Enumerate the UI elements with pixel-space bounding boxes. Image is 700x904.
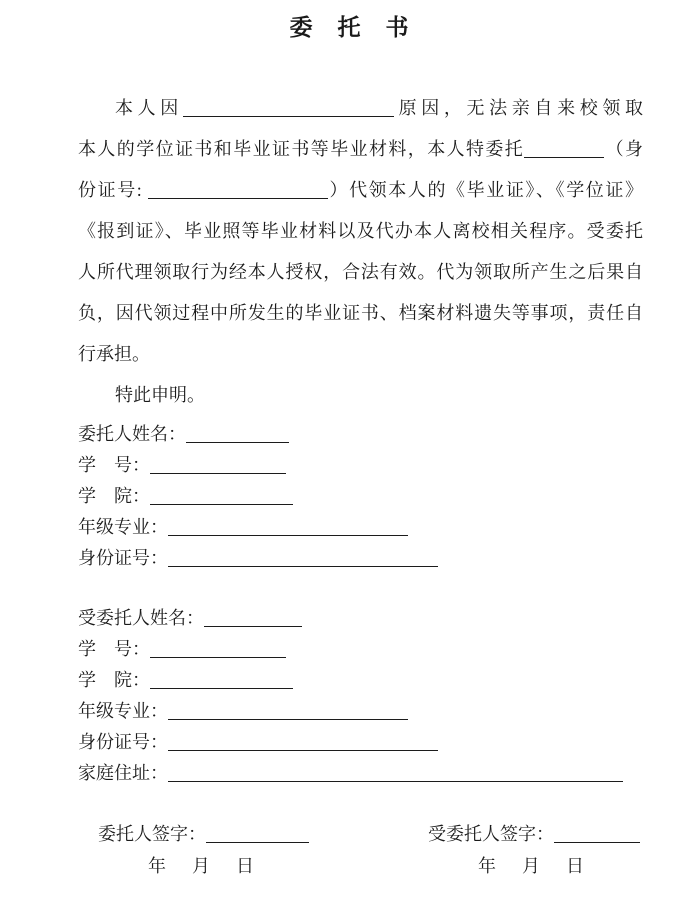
body-line: 人所代理领取行为经本人授权，合法有效。代为领取所产生之后果自	[78, 252, 643, 293]
agent-signature-line: 受委托人签字：	[428, 821, 638, 847]
blank-underline	[183, 103, 394, 117]
body-text-segment: 本人因	[115, 98, 183, 118]
body-line: 份证号: ）代领本人的《毕业证》、《学位证》	[78, 170, 643, 211]
blank-underline	[168, 768, 623, 782]
signature-section: 委托人签字： 年 月 日 受委托人签字： 年 月 日	[78, 821, 643, 879]
body-text-segment: 原因，无法亲自来校领取	[394, 98, 643, 118]
form-field-row: 学 号：	[78, 450, 643, 481]
form-field-row: 学 号：	[78, 634, 643, 665]
form-field-row: 委托人姓名：	[78, 419, 643, 450]
blank-underline	[168, 553, 438, 567]
blank-underline	[148, 185, 328, 199]
body-text-segment: 特此申明。	[115, 385, 205, 405]
form-field-row: 年级专业：	[78, 696, 643, 727]
field-label: 学 院：	[78, 665, 150, 696]
document-title: 委 托 书	[56, 0, 643, 44]
body-text-segment: 本人的学位证书和毕业证书等毕业材料，本人特委托	[78, 139, 524, 159]
body-line: 《报到证》、毕业照等毕业材料以及代办本人离校相关程序。受委托	[78, 211, 643, 252]
blank-underline	[524, 144, 604, 158]
blank-underline	[150, 460, 286, 474]
body-line: 本人的学位证书和毕业证书等毕业材料，本人特委托（身	[78, 129, 643, 170]
form-field-row: 学 院：	[78, 481, 643, 512]
body-text-segment: 人所代理领取行为经本人授权，合法有效。代为领取所产生之后果自	[78, 262, 643, 282]
body-line: 特此申明。	[78, 375, 643, 416]
field-label: 年级专业：	[78, 512, 168, 543]
body-text-segment: ）代领本人的《毕业证》、《学位证》	[328, 180, 643, 200]
field-label: 学 院：	[78, 481, 150, 512]
form-field-row: 受委托人姓名：	[78, 603, 643, 634]
field-label: 学 号：	[78, 450, 150, 481]
principal-signature-label: 委托人签字：	[98, 824, 206, 844]
body-text-segment: 份证号:	[78, 180, 148, 200]
principal-date-line: 年 月 日	[98, 853, 308, 879]
signature-blank-line	[206, 829, 309, 843]
form-field-row: 身份证号：	[78, 727, 643, 758]
blank-underline	[186, 429, 289, 443]
authorization-letter-page: 委 托 书 本人因原因，无法亲自来校领取本人的学位证书和毕业证书等毕业材料，本人…	[0, 0, 700, 904]
form-field-row: 身份证号：	[78, 543, 643, 574]
form-field-row: 家庭住址：	[78, 758, 643, 789]
blank-underline	[204, 613, 302, 627]
agent-info-block: 受委托人姓名：学 号：学 院：年级专业：身份证号：家庭住址：	[78, 603, 643, 789]
form-field-row: 年级专业：	[78, 512, 643, 543]
field-label: 学 号：	[78, 634, 150, 665]
body-text-segment: （身	[604, 139, 643, 159]
body-text-segment: 负，因代领过程中所发生的毕业证书、档案材料遗失等事项，责任自	[78, 303, 643, 323]
field-label: 受委托人姓名：	[78, 603, 204, 634]
field-label: 委托人姓名：	[78, 419, 186, 450]
field-label: 身份证号：	[78, 727, 168, 758]
body-paragraph: 本人因原因，无法亲自来校领取本人的学位证书和毕业证书等毕业材料，本人特委托（身份…	[78, 88, 643, 416]
blank-underline	[168, 737, 438, 751]
signature-blank-line	[554, 829, 640, 843]
agent-signature: 受委托人签字： 年 月 日	[428, 821, 638, 879]
body-text-segment: 行承担。	[78, 344, 150, 364]
agent-signature-label: 受委托人签字：	[428, 824, 554, 844]
field-label: 身份证号：	[78, 543, 168, 574]
blank-underline	[150, 675, 293, 689]
principal-info-block: 委托人姓名：学 号：学 院：年级专业：身份证号：	[78, 419, 643, 574]
body-line: 负，因代领过程中所发生的毕业证书、档案材料遗失等事项，责任自	[78, 293, 643, 334]
field-label: 年级专业：	[78, 696, 168, 727]
blank-underline	[150, 644, 286, 658]
field-label: 家庭住址：	[78, 758, 168, 789]
blank-underline	[168, 706, 408, 720]
blank-underline	[150, 491, 293, 505]
principal-signature-line: 委托人签字：	[98, 821, 308, 847]
principal-signature: 委托人签字： 年 月 日	[98, 821, 308, 879]
blank-underline	[168, 522, 408, 536]
body-line: 本人因原因，无法亲自来校领取	[78, 88, 643, 129]
form-field-row: 学 院：	[78, 665, 643, 696]
agent-date-line: 年 月 日	[428, 853, 638, 879]
body-text-segment: 《报到证》、毕业照等毕业材料以及代办本人离校相关程序。受委托	[78, 221, 643, 241]
body-line: 行承担。	[78, 334, 643, 375]
